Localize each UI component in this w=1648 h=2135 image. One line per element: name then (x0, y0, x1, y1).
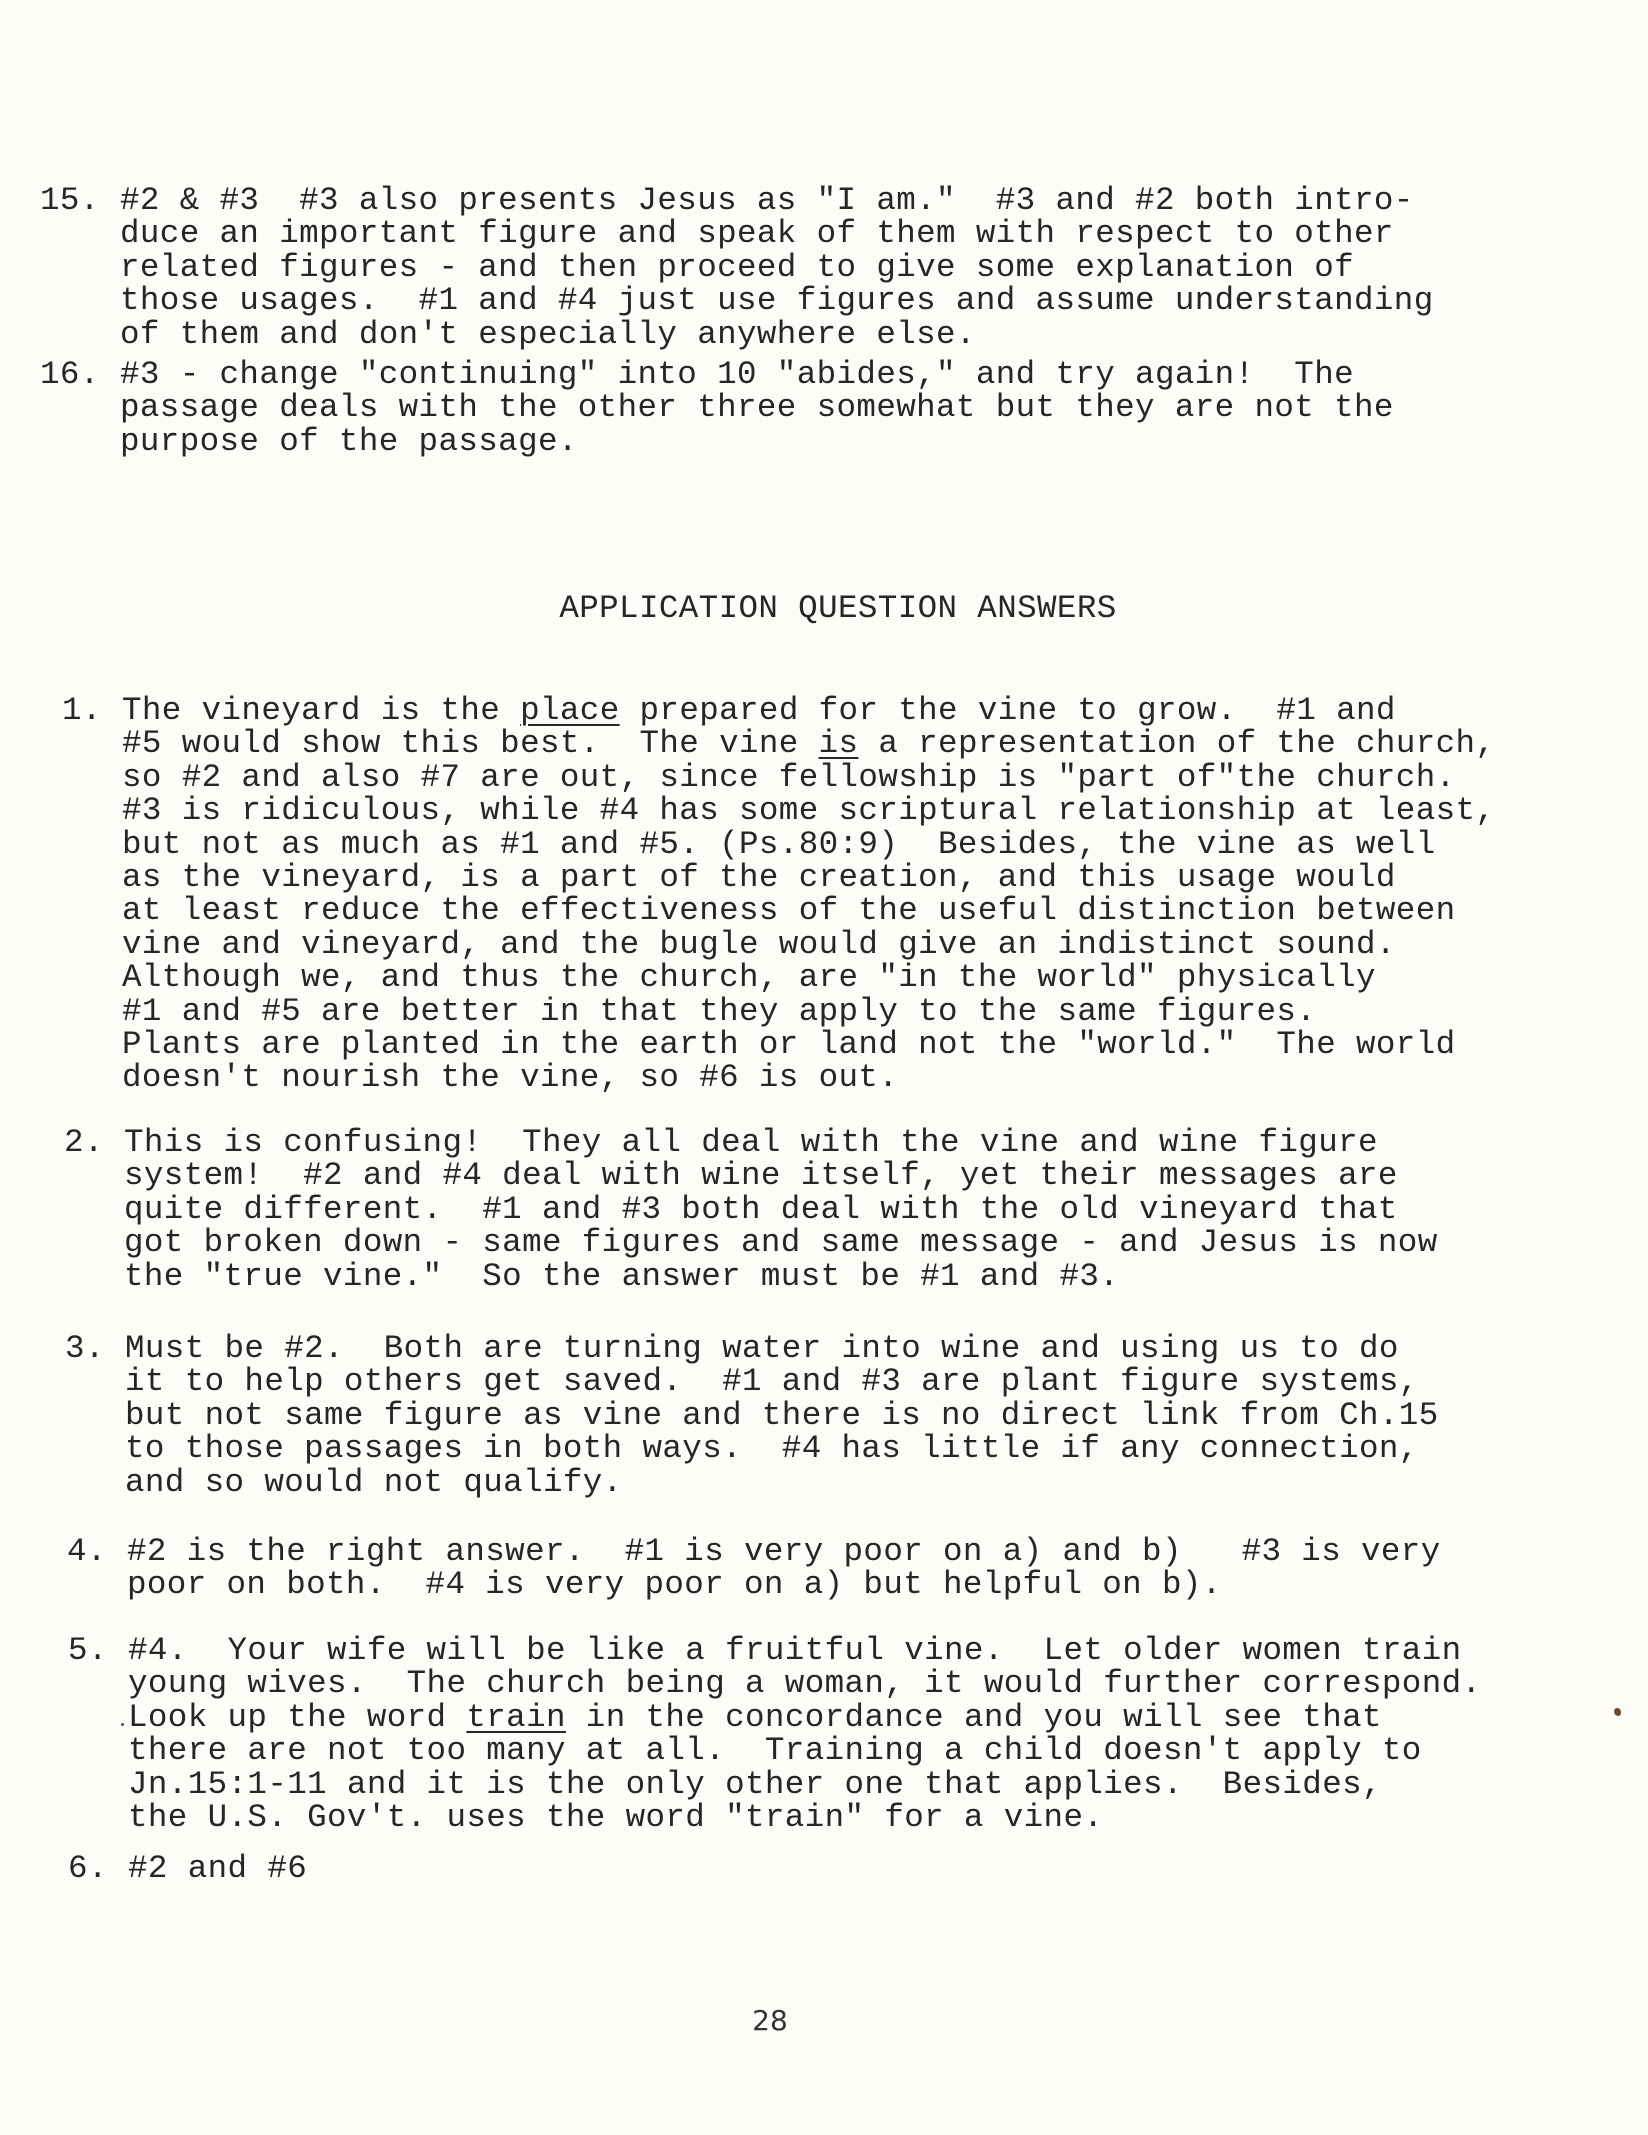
text-segment: #2 is the right answer. #1 is very poor … (127, 1533, 1441, 1570)
text-segment: of them and don't especially anywhere el… (120, 316, 976, 353)
text-line: the U.S. Gov't. uses the word "train" fo… (128, 1801, 1481, 1834)
text-line: so #2 and also #7 are out, since fellows… (122, 761, 1495, 794)
item-number: 4. (67, 1535, 107, 1568)
text-segment: Must be #2. Both are turning water into … (125, 1330, 1399, 1367)
text-line: The vineyard is the place prepared for t… (122, 694, 1495, 727)
text-segment: purpose of the passage. (120, 423, 578, 460)
text-segment: so #2 and also #7 are out, since fellows… (122, 759, 1456, 796)
text-line: #2 is the right answer. #1 is very poor … (127, 1535, 1441, 1568)
text-segment: #5 would show this best. The vine (122, 725, 819, 762)
paper-speck (1614, 1708, 1621, 1716)
item-text: #2 & #3 #3 also presents Jesus as "I am.… (120, 184, 1434, 351)
item-number: 2. (64, 1126, 104, 1159)
text-line: #3 is ridiculous, while #4 has some scri… (122, 794, 1495, 827)
item-text: The vineyard is the place prepared for t… (122, 694, 1495, 1095)
text-segment: as the vineyard, is a part of the creati… (122, 859, 1396, 896)
item-number: 6. (68, 1852, 108, 1885)
text-line: poor on both. #4 is very poor on a) but … (127, 1568, 1441, 1601)
page-number: 28 (0, 2004, 1540, 2037)
text-segment: quite different. #1 and #3 both deal wit… (124, 1191, 1398, 1228)
text-line: of them and don't especially anywhere el… (120, 318, 1434, 351)
text-line: young wives. The church being a woman, i… (128, 1667, 1481, 1700)
text-line: there are not too many at all. Training … (128, 1734, 1481, 1767)
item-text: #2 is the right answer. #1 is very poor … (127, 1535, 1441, 1602)
text-line: Must be #2. Both are turning water into … (125, 1332, 1439, 1365)
text-segment: young wives. The church being a woman, i… (128, 1665, 1481, 1702)
text-line: vine and vineyard, and the bugle would g… (122, 928, 1495, 961)
text-line: system! #2 and #4 deal with wine itself,… (124, 1159, 1438, 1192)
text-segment: the U.S. Gov't. uses the word "train" fo… (128, 1799, 1103, 1836)
text-segment: doesn't nourish the vine, so #6 is out. (122, 1059, 898, 1096)
item-text: This is confusing! They all deal with th… (124, 1126, 1438, 1293)
text-line: #3 - change "continuing" into 10 "abides… (120, 358, 1394, 391)
item-number: 3. (65, 1332, 105, 1365)
text-line: related figures - and then proceed to gi… (120, 251, 1434, 284)
text-segment: those usages. #1 and #4 just use figures… (120, 282, 1434, 319)
text-line: Although we, and thus the church, are "i… (122, 961, 1495, 994)
text-line: and so would not qualify. (125, 1466, 1439, 1499)
text-line: those usages. #1 and #4 just use figures… (120, 284, 1434, 317)
item-text: #4. Your wife will be like a fruitful vi… (128, 1634, 1481, 1834)
text-line: #5 would show this best. The vine is a r… (122, 727, 1495, 760)
text-segment: Although we, and thus the church, are "i… (122, 959, 1376, 996)
text-line: This is confusing! They all deal with th… (124, 1126, 1438, 1159)
underlined-word: place (520, 692, 620, 729)
text-line: it to help others get saved. #1 and #3 a… (125, 1365, 1439, 1398)
text-line: doesn't nourish the vine, so #6 is out. (122, 1061, 1495, 1094)
item-number: 1. (62, 694, 102, 727)
text-segment: #4. Your wife will be like a fruitful vi… (128, 1632, 1462, 1669)
text-line: to those passages in both ways. #4 has l… (125, 1432, 1439, 1465)
text-line: purpose of the passage. (120, 425, 1394, 458)
text-segment: The vineyard is the (122, 692, 520, 729)
text-segment: poor on both. #4 is very poor on a) but … (127, 1566, 1222, 1603)
text-line: Look up the word train in the concordanc… (128, 1701, 1481, 1734)
text-segment: #2 and #6 (128, 1850, 307, 1887)
text-line: Plants are planted in the earth or land … (122, 1028, 1495, 1061)
document-page: 15. #2 & #3 #3 also presents Jesus as "I… (0, 0, 1648, 2135)
item-number: 16. (40, 358, 100, 391)
text-segment: #3 - change "continuing" into 10 "abides… (120, 356, 1354, 393)
section-heading: APPLICATION QUESTION ANSWERS (0, 592, 1648, 626)
text-segment: Jn.15:1-11 and it is the only other one … (128, 1766, 1382, 1803)
text-segment: a representation of the church, (858, 725, 1495, 762)
item-number: 15. (40, 184, 100, 217)
text-line: Jn.15:1-11 and it is the only other one … (128, 1768, 1481, 1801)
text-segment: but not same figure as vine and there is… (125, 1397, 1439, 1434)
text-line: duce an important figure and speak of th… (120, 217, 1434, 250)
text-segment: and so would not qualify. (125, 1464, 623, 1501)
text-segment: related figures - and then proceed to gi… (120, 249, 1354, 286)
text-line: but not as much as #1 and #5. (Ps.80:9) … (122, 828, 1495, 861)
stray-ink-dot (121, 1723, 124, 1726)
text-line: but not same figure as vine and there is… (125, 1399, 1439, 1432)
text-line: #4. Your wife will be like a fruitful vi… (128, 1634, 1481, 1667)
text-segment: prepared for the vine to grow. #1 and (620, 692, 1396, 729)
text-segment: at least reduce the effectiveness of the… (122, 892, 1456, 929)
text-segment: to those passages in both ways. #4 has l… (125, 1430, 1419, 1467)
text-line: #2 & #3 #3 also presents Jesus as "I am.… (120, 184, 1434, 217)
text-segment: passage deals with the other three somew… (120, 389, 1394, 426)
text-segment: #2 & #3 #3 also presents Jesus as "I am.… (120, 182, 1414, 219)
text-line: as the vineyard, is a part of the creati… (122, 861, 1495, 894)
item-number: 5. (68, 1634, 108, 1667)
text-segment: in the concordance and you will see that (566, 1699, 1382, 1736)
text-line: #2 and #6 (128, 1852, 307, 1885)
text-line: the "true vine." So the answer must be #… (124, 1260, 1438, 1293)
item-text: Must be #2. Both are turning water into … (125, 1332, 1439, 1499)
text-segment: there are not too many at all. Training … (128, 1732, 1422, 1769)
text-segment: vine and vineyard, and the bugle would g… (122, 926, 1396, 963)
text-line: quite different. #1 and #3 both deal wit… (124, 1193, 1438, 1226)
text-line: #1 and #5 are better in that they apply … (122, 995, 1495, 1028)
text-segment: system! #2 and #4 deal with wine itself,… (124, 1157, 1398, 1194)
underlined-word: is (819, 725, 859, 762)
text-segment: This is confusing! They all deal with th… (124, 1124, 1378, 1161)
text-segment: the "true vine." So the answer must be #… (124, 1258, 1119, 1295)
text-segment: duce an important figure and speak of th… (120, 215, 1394, 252)
text-segment: Plants are planted in the earth or land … (122, 1026, 1456, 1063)
text-segment: but not as much as #1 and #5. (Ps.80:9) … (122, 826, 1436, 863)
text-segment: #3 is ridiculous, while #4 has some scri… (122, 792, 1495, 829)
text-line: passage deals with the other three somew… (120, 391, 1394, 424)
text-segment: it to help others get saved. #1 and #3 a… (125, 1363, 1419, 1400)
text-segment: got broken down - same figures and same … (124, 1224, 1438, 1261)
item-text: #3 - change "continuing" into 10 "abides… (120, 358, 1394, 458)
text-segment: #1 and #5 are better in that they apply … (122, 993, 1316, 1030)
text-line: got broken down - same figures and same … (124, 1226, 1438, 1259)
text-line: at least reduce the effectiveness of the… (122, 894, 1495, 927)
text-segment: Look up the word (128, 1699, 466, 1736)
item-text: #2 and #6 (128, 1852, 307, 1885)
underlined-word: train (466, 1699, 566, 1736)
